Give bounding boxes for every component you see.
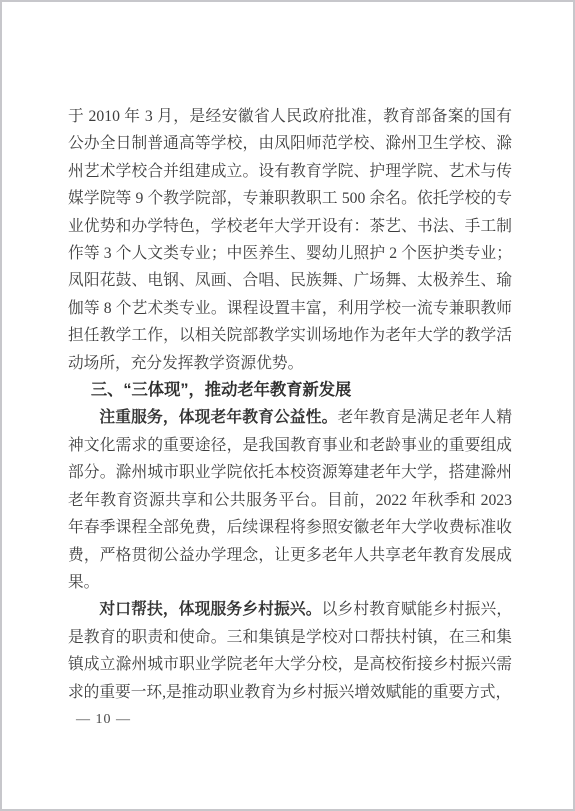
paragraph-rural-revitalization-lead: 对口帮扶，体现服务乡村振兴。 [99,601,321,618]
paragraph-rural-revitalization: 对口帮扶，体现服务乡村振兴。以乡村教育赋能乡村振兴，是教育的职责和使命。三和集镇… [68,596,512,706]
paragraph-public-welfare-text: 老年教育是满足老年人精神文化需求的重要途径，是我国教育事业和老龄事业的重要组成部… [68,409,512,590]
document-page: 于 2010 年 3 月，是经安徽省人民政府批准，教育部备案的国有公办全日制普通… [0,0,575,811]
page-number: — 10 — [76,710,131,730]
page-content: 于 2010 年 3 月，是经安徽省人民政府批准，教育部备案的国有公办全日制普通… [68,103,512,706]
paragraph-public-welfare: 注重服务，体现老年教育公益性。老年教育是满足老年人精神文化需求的重要途径，是我国… [68,404,512,596]
section-heading: 三、“三体现”，推动老年教育新发展 [68,377,512,404]
continuation-paragraph: 于 2010 年 3 月，是经安徽省人民政府批准，教育部备案的国有公办全日制普通… [68,103,512,377]
paragraph-public-welfare-lead: 注重服务，体现老年教育公益性。 [99,409,337,426]
continuation-paragraph-text: 于 2010 年 3 月，是经安徽省人民政府批准，教育部备案的国有公办全日制普通… [68,108,512,372]
